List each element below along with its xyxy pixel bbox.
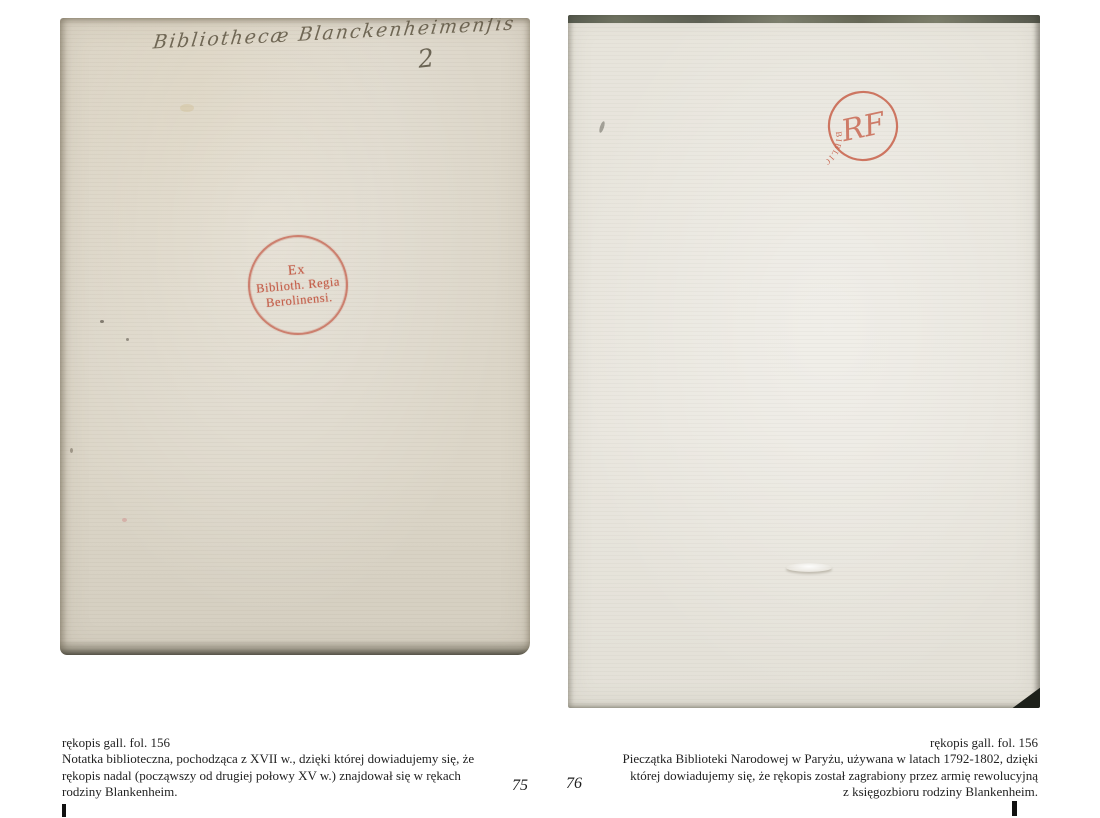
paper-speck [70, 448, 73, 453]
paper-speck [598, 121, 606, 134]
print-registration-mark [1012, 801, 1017, 816]
caption-line: której dowiadujemy się, że rękopis zosta… [588, 768, 1038, 784]
caption-shelfmark: rękopis gall. fol. 156 [588, 735, 1038, 751]
berlin-royal-library-stamp: Ex Biblioth. Regia Berolinensi. [244, 231, 352, 339]
paper-crease [786, 563, 832, 572]
stamp-monogram: RF [837, 106, 889, 150]
paper-speck [100, 320, 104, 323]
page-number-verso: 75 [512, 777, 528, 795]
caption-line: z księgozbioru rodziny Blankenheim. [588, 784, 1038, 800]
left-plate-photo: Bibliothecæ Blanckenheimenſis 2 Ex Bibli… [60, 18, 530, 655]
page-number-recto: 76 [566, 775, 582, 793]
page-bottom-shadow-edge [60, 640, 530, 655]
paper-stain [180, 104, 194, 112]
paper-speck [126, 338, 129, 341]
caption-left: rękopis gall. fol. 156 Notatka bibliotec… [62, 735, 492, 800]
right-plate-photo: BIBLIOTHEQUE NATIONALE RF [568, 15, 1040, 708]
stamp-text-line: Ex [287, 262, 306, 278]
bibliotheque-nationale-stamp: BIBLIOTHEQUE NATIONALE RF [812, 75, 914, 177]
caption-line: Notatka biblioteczna, pochodząca z XVII … [62, 751, 492, 767]
caption-line: Pieczątka Biblioteki Narodowej w Paryżu,… [588, 751, 1038, 767]
scan-background-corner [1004, 682, 1040, 708]
caption-shelfmark: rękopis gall. fol. 156 [62, 735, 492, 751]
handwritten-numeral: 2 [417, 43, 436, 74]
caption-line: rodziny Blankenheim. [62, 784, 492, 800]
paper-stain [122, 518, 127, 522]
page-top-dark-edge [568, 15, 1040, 23]
caption-line: rękopis nadal (począwszy od drugiej poło… [62, 768, 492, 784]
print-registration-mark [62, 804, 66, 817]
caption-right: rękopis gall. fol. 156 Pieczątka Bibliot… [588, 735, 1038, 800]
handwritten-ownership-note: Bibliothecæ Blanckenheimenſis [152, 18, 514, 54]
